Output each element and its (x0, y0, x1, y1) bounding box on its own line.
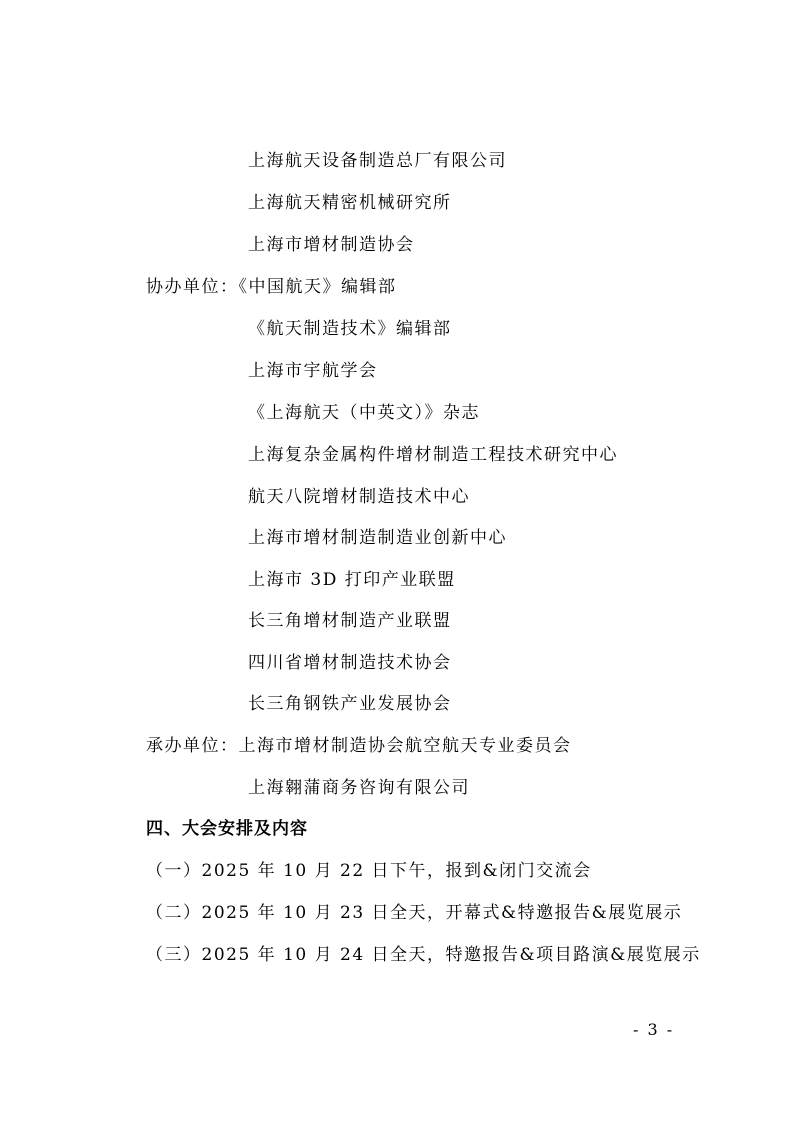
organizer-item: 上海市增材制造协会 (248, 234, 415, 256)
co-organizer-row: 协办单位：《中国航天》编辑部 (146, 276, 397, 298)
schedule-item: （一）2025 年 10 月 22 日下午，报到&闭门交流会 (146, 860, 592, 882)
co-organizer-item: 四川省增材制造技术协会 (248, 652, 452, 674)
co-organizer-item: 航天八院增材制造技术中心 (248, 486, 470, 508)
co-organizer-item: 《上海航天（中英文）》杂志 (248, 402, 480, 424)
co-organizer-item: 上海市 3D 打印产业联盟 (248, 569, 456, 591)
schedule-item: （二）2025 年 10 月 23 日全天，开幕式&特邀报告&展览展示 (146, 902, 682, 924)
co-organizer-item: 长三角增材制造产业联盟 (248, 610, 452, 632)
co-organizer-item: 上海市增材制造制造业创新中心 (248, 527, 507, 549)
co-organizer-item: 长三角钢铁产业发展协会 (248, 693, 452, 715)
co-organizer-label: 协办单位： (146, 277, 239, 297)
organizer-item: 上海航天精密机械研究所 (248, 192, 452, 214)
co-organizer-item: 上海复杂金属构件增材制造工程技术研究中心 (248, 444, 618, 466)
co-organizer-item: 上海市宇航学会 (248, 360, 378, 382)
co-organizer-item: 《中国航天》编辑部 (239, 277, 397, 297)
section-heading: 四、大会安排及内容 (146, 818, 308, 840)
co-organizer-item: 《航天制造技术》编辑部 (248, 318, 452, 340)
host-item: 上海市增材制造协会航空航天专业委员会 (239, 736, 572, 756)
host-item: 上海翱蒲商务咨询有限公司 (248, 777, 470, 799)
host-label: 承办单位： (146, 736, 239, 756)
page-number: - 3 - (633, 1020, 674, 1039)
host-row: 承办单位：上海市增材制造协会航空航天专业委员会 (146, 735, 572, 757)
organizer-item: 上海航天设备制造总厂有限公司 (248, 150, 507, 172)
schedule-item: （三）2025 年 10 月 24 日全天，特邀报告&项目路演&展览展示 (146, 944, 701, 966)
